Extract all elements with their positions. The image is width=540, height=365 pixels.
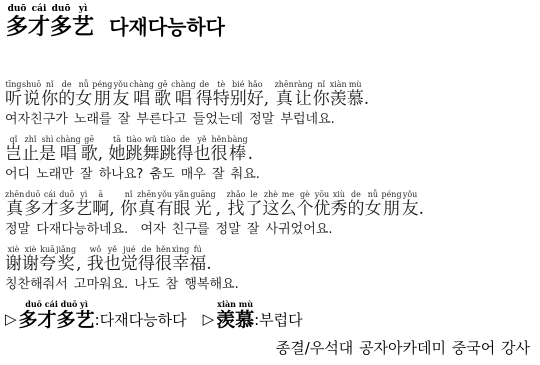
hanzi-with-pinyin: yě也: [104, 245, 121, 275]
hanzi-text: 止: [22, 144, 39, 165]
hanzi-with-pinyin: xiàn羡: [330, 80, 347, 110]
punctuation: ,: [76, 245, 87, 275]
dialogue-line: qǐ岂zhǐ止shì是chàng唱gē歌, tā她tiào跳wǔ舞tiào跳de…: [5, 135, 534, 183]
hanzi-with-pinyin: de得: [138, 245, 155, 275]
hanzi-with-pinyin: cái才: [41, 190, 58, 220]
hanzi-text: 真: [5, 199, 24, 220]
pinyin-annotation: tè: [213, 80, 230, 89]
worksheet-page: duō多cái才duō多yì艺다재다능하다 tīng听shuō说nǐ你de的nǚ…: [0, 0, 540, 357]
hanzi-with-pinyin: gè个: [296, 190, 313, 220]
hanzi-text: 优: [313, 199, 330, 220]
hanzi-text: 朋: [381, 199, 401, 220]
pinyin-annotation: zhǐ: [22, 135, 39, 144]
hanzi-with-pinyin: nǐ你: [120, 190, 137, 220]
vocab-korean-meaning: :다재다능하다: [95, 309, 187, 331]
hanzi-text: 跳: [160, 144, 177, 165]
hanzi-with-pinyin: nǐ你: [313, 80, 330, 110]
hanzi-with-pinyin: jué觉: [121, 245, 138, 275]
hanzi-text: 秀: [330, 199, 347, 220]
korean-translation: 정말 다재다능하네요. 여자 친구를 정말 잘 사귀었어요.: [5, 222, 534, 238]
pinyin-annotation: tiào: [160, 135, 177, 144]
korean-translation: 어디 노래만 잘 하나요? 춤도 매우 잘 춰요.: [5, 167, 534, 183]
hanzi-with-pinyin: yōu优: [313, 190, 330, 220]
hanzi-text: 夸: [39, 254, 56, 275]
pinyin-annotation: tiào: [126, 135, 143, 144]
hanzi-with-pinyin: hǎo好: [247, 80, 264, 110]
punctuation: ,: [109, 190, 120, 220]
vocab-item: ▷duō cái duō yì多才多艺:다재다능하다: [5, 312, 187, 331]
dialogue-line: xiè谢xiè谢kuā夸jiǎng奖, wǒ我yě也jué觉de得hěn很xìn…: [5, 245, 534, 293]
hanzi-text: 奖: [56, 254, 76, 275]
pinyin-annotation: xiè: [5, 245, 22, 254]
pinyin-annotation: [109, 190, 120, 199]
pinyin-annotation: yě: [194, 135, 211, 144]
pinyin-annotation: de: [196, 80, 213, 89]
hanzi-text: 你: [313, 89, 330, 110]
hanzi-text: 个: [296, 199, 313, 220]
hanzi-text: .: [419, 199, 424, 220]
hanzi-with-pinyin: le了: [245, 190, 262, 220]
pinyin-annotation: yǒu: [156, 190, 173, 199]
pinyin-annotation: mù: [347, 80, 364, 89]
hanzi-with-pinyin: yì艺: [72, 4, 94, 40]
korean-translation: 여자친구가 노래를 잘 부른다고 들었는데 정말 부럽네요.: [5, 112, 534, 128]
hanzi-text: 福: [189, 254, 206, 275]
hanzi-text: 很: [211, 144, 228, 165]
hanzi-text: 眼: [173, 199, 190, 220]
hanzi-with-pinyin: nǚ女: [364, 190, 381, 220]
hanzi-text: 多: [50, 14, 72, 40]
hanzi-with-pinyin: duō多: [50, 4, 72, 40]
hanzi-text: 是: [39, 144, 56, 165]
pinyin-annotation: yōu: [313, 190, 330, 199]
hanzi-text: 歌: [154, 89, 171, 110]
hanzi-text: 她: [109, 144, 126, 165]
hanzi-text: 别: [230, 89, 247, 110]
hanzi-text: 友: [402, 199, 419, 220]
hanzi-text: 友: [112, 89, 129, 110]
hanzi-text: 也: [104, 254, 121, 275]
hanzi-text: 得: [177, 144, 194, 165]
hanzi-text: 听: [5, 89, 22, 110]
hanzi-text: 女: [75, 89, 92, 110]
hanzi-with-pinyin: zhēn真: [5, 190, 24, 220]
hanzi-with-pinyin: me么: [279, 190, 296, 220]
pinyin-annotation: péng: [381, 190, 401, 199]
pinyin-annotation: fú: [189, 245, 206, 254]
hanzi-with-pinyin: duō cái duō yì多才多艺: [19, 300, 95, 331]
hanzi-text: 也: [194, 144, 211, 165]
chinese-sentence: tīng听shuō说nǐ你de的nǚ女péng朋yǒu友chàng唱gē歌chà…: [5, 80, 534, 110]
hanzi-with-pinyin: yǒu友: [402, 190, 419, 220]
hanzi-with-pinyin: kuā夸: [39, 245, 56, 275]
pinyin-annotation: xiù: [330, 190, 347, 199]
pinyin-annotation: zhè: [262, 190, 279, 199]
hanzi-text: .: [364, 89, 369, 110]
pinyin-annotation: nǐ: [41, 80, 58, 89]
hanzi-text: 谢: [22, 254, 39, 275]
hanzi-text: 才: [28, 14, 50, 40]
hanzi-with-pinyin: yě也: [194, 135, 211, 165]
hanzi-with-pinyin: bié别: [230, 80, 247, 110]
credit-line: 종결/우석대 공자아카데미 중국어 강사: [5, 339, 534, 357]
hanzi-text: 有: [156, 199, 173, 220]
pinyin-annotation: chàng: [129, 80, 154, 89]
hanzi-with-pinyin: tīng听: [5, 80, 22, 110]
pinyin-annotation: [264, 80, 275, 89]
pinyin-annotation: hěn: [211, 135, 228, 144]
hanzi-with-pinyin: hěn很: [155, 245, 172, 275]
pinyin-annotation: hěn: [155, 245, 172, 254]
pinyin-annotation: chàng: [56, 135, 81, 144]
dialogue-line: tīng听shuō说nǐ你de的nǚ女péng朋yǒu友chàng唱gē歌chà…: [5, 80, 534, 128]
pinyin-annotation: xìng: [172, 245, 189, 254]
hanzi-text: ,: [109, 199, 120, 220]
pinyin-annotation: [76, 245, 87, 254]
hanzi-with-pinyin: gē歌: [81, 135, 98, 165]
vocab-korean-meaning: :부럽다: [254, 309, 303, 331]
pinyin-annotation: duō: [58, 190, 75, 199]
triangle-bullet-icon: ▷: [5, 308, 17, 331]
chinese-sentence: zhēn真duō多cái才duō多yì艺ā啊, nǐ你zhēn真yǒu有yǎn眼…: [5, 190, 534, 220]
punctuation: .: [206, 245, 211, 275]
hanzi-with-pinyin: qǐ岂: [5, 135, 22, 165]
pinyin-annotation: me: [279, 190, 296, 199]
hanzi-with-pinyin: nǚ女: [75, 80, 92, 110]
pinyin-annotation: xiàn: [330, 80, 347, 89]
hanzi-with-pinyin: tā她: [109, 135, 126, 165]
hanzi-with-pinyin: yǎn眼: [173, 190, 190, 220]
hanzi-with-pinyin: zhè这: [262, 190, 279, 220]
hanzi-with-pinyin: xiàn mù羡慕: [216, 300, 254, 331]
vocab-section: ▷duō cái duō yì多才多艺:다재다능하다▷xiàn mù羡慕:부럽다: [5, 300, 534, 331]
pinyin-annotation: [206, 245, 211, 254]
pinyin-annotation: [216, 190, 227, 199]
hanzi-text: 让: [294, 89, 313, 110]
hanzi-with-pinyin: yǒu有: [156, 190, 173, 220]
hanzi-with-pinyin: ā啊: [92, 190, 109, 220]
pinyin-annotation: zhǎo: [226, 190, 245, 199]
hanzi-with-pinyin: péng朋: [381, 190, 401, 220]
hanzi-with-pinyin: hěn很: [211, 135, 228, 165]
pinyin-annotation: shì: [39, 135, 56, 144]
hanzi-text: 跳: [126, 144, 143, 165]
page-title: duō多cái才duō多yì艺다재다능하다: [6, 4, 534, 40]
hanzi-text: 女: [364, 199, 381, 220]
hanzi-with-pinyin: zhēn真: [137, 190, 156, 220]
hanzi-with-pinyin: shì是: [39, 135, 56, 165]
pinyin-annotation: yǒu: [112, 80, 129, 89]
pinyin-annotation: yì: [72, 4, 94, 14]
hanzi-text: ,: [98, 144, 109, 165]
hanzi-text: 得: [196, 89, 213, 110]
hanzi-text: 多: [58, 199, 75, 220]
pinyin-annotation: zhēn: [5, 190, 24, 199]
hanzi-with-pinyin: zhēn真: [275, 80, 294, 110]
hanzi-text: 特: [213, 89, 230, 110]
hanzi-with-pinyin: duō多: [58, 190, 75, 220]
hanzi-text: 唱: [129, 89, 154, 110]
title-hanzi-with-pinyin: duō多cái才duō多yì艺: [6, 21, 94, 40]
pinyin-annotation: zhēn: [137, 190, 156, 199]
hanzi-text: 岂: [5, 144, 22, 165]
pinyin-annotation: duō cái duō yì: [19, 300, 95, 309]
hanzi-text: 很: [155, 254, 172, 275]
hanzi-text: 棒: [228, 144, 248, 165]
hanzi-text: 找: [226, 199, 245, 220]
hanzi-text: 啊: [92, 199, 109, 220]
hanzi-with-pinyin: zhǐ止: [22, 135, 39, 165]
pinyin-annotation: [248, 135, 253, 144]
hanzi-with-pinyin: xiù秀: [330, 190, 347, 220]
chinese-sentence: qǐ岂zhǐ止shì是chàng唱gē歌, tā她tiào跳wǔ舞tiào跳de…: [5, 135, 534, 165]
hanzi-with-pinyin: cái才: [28, 4, 50, 40]
hanzi-text: 慕: [347, 89, 364, 110]
pinyin-annotation: yǎn: [173, 190, 190, 199]
hanzi-text: 得: [138, 254, 155, 275]
pinyin-annotation: cái: [41, 190, 58, 199]
chinese-sentence: xiè谢xiè谢kuā夸jiǎng奖, wǒ我yě也jué觉de得hěn很xìn…: [5, 245, 534, 275]
hanzi-with-pinyin: fú福: [189, 245, 206, 275]
pinyin-annotation: ràng: [294, 80, 313, 89]
hanzi-with-pinyin: bàng棒: [228, 135, 248, 165]
pinyin-annotation: wǒ: [87, 245, 104, 254]
pinyin-annotation: bàng: [228, 135, 248, 144]
pinyin-annotation: nǐ: [313, 80, 330, 89]
pinyin-annotation: nǐ: [120, 190, 137, 199]
hanzi-text: 我: [87, 254, 104, 275]
hanzi-with-pinyin: tè特: [213, 80, 230, 110]
hanzi-with-pinyin: péng朋: [92, 80, 112, 110]
pinyin-annotation: xiàn mù: [216, 300, 254, 309]
pinyin-annotation: cái: [28, 4, 50, 14]
hanzi-with-pinyin: xìng幸: [172, 245, 189, 275]
pinyin-annotation: zhēn: [275, 80, 294, 89]
hanzi-with-pinyin: wǒ我: [87, 245, 104, 275]
punctuation: .: [248, 135, 253, 165]
hanzi-with-pinyin: duō多: [6, 4, 28, 40]
pinyin-annotation: duō: [6, 4, 28, 14]
hanzi-with-pinyin: chàng唱: [129, 80, 154, 110]
hanzi-with-pinyin: tiào跳: [126, 135, 143, 165]
pinyin-annotation: de: [177, 135, 194, 144]
pinyin-annotation: [419, 190, 424, 199]
pinyin-annotation: le: [245, 190, 262, 199]
hanzi-with-pinyin: ràng让: [294, 80, 313, 110]
pinyin-annotation: [98, 135, 109, 144]
hanzi-with-pinyin: duō多: [24, 190, 41, 220]
hanzi-text: 觉: [121, 254, 138, 275]
hanzi-text: 的: [347, 199, 364, 220]
hanzi-text: 了: [245, 199, 262, 220]
hanzi-text: 真: [275, 89, 294, 110]
hanzi-with-pinyin: yǒu友: [112, 80, 129, 110]
hanzi-text: 好: [247, 89, 264, 110]
pinyin-annotation: duō: [50, 4, 72, 14]
pinyin-annotation: jiǎng: [56, 245, 76, 254]
hanzi-with-pinyin: de得: [196, 80, 213, 110]
pinyin-annotation: guāng: [190, 190, 215, 199]
punctuation: .: [364, 80, 369, 110]
punctuation: .: [419, 190, 424, 220]
pinyin-annotation: gē: [81, 135, 98, 144]
hanzi-with-pinyin: de得: [177, 135, 194, 165]
pinyin-annotation: shuō: [22, 80, 41, 89]
pinyin-annotation: nǚ: [75, 80, 92, 89]
punctuation: ,: [216, 190, 227, 220]
hanzi-text: 艺: [75, 199, 92, 220]
pinyin-annotation: duō: [24, 190, 41, 199]
hanzi-with-pinyin: wǔ舞: [143, 135, 160, 165]
hanzi-text: 舞: [143, 144, 160, 165]
hanzi-text: 朋: [92, 89, 112, 110]
title-korean: 다재다능하다: [109, 14, 225, 40]
hanzi-with-pinyin: de的: [347, 190, 364, 220]
pinyin-annotation: bié: [230, 80, 247, 89]
hanzi-text: ,: [216, 199, 227, 220]
pinyin-annotation: chàng: [171, 80, 196, 89]
hanzi-text: 说: [22, 89, 41, 110]
hanzi-with-pinyin: gē歌: [154, 80, 171, 110]
pinyin-annotation: gē: [154, 80, 171, 89]
hanzi-text: 多: [6, 14, 28, 40]
pinyin-annotation: gè: [296, 190, 313, 199]
hanzi-with-pinyin: xiè谢: [5, 245, 22, 275]
hanzi-text: ,: [264, 89, 275, 110]
pinyin-annotation: yì: [75, 190, 92, 199]
triangle-bullet-icon: ▷: [203, 308, 215, 331]
hanzi-text: 歌: [81, 144, 98, 165]
pinyin-annotation: [364, 80, 369, 89]
hanzi-text: 羡慕: [216, 309, 254, 331]
pinyin-annotation: qǐ: [5, 135, 22, 144]
pinyin-annotation: xiè: [22, 245, 39, 254]
hanzi-text: 谢: [5, 254, 22, 275]
hanzi-text: 你: [120, 199, 137, 220]
hanzi-text: 你: [41, 89, 58, 110]
hanzi-with-pinyin: guāng光: [190, 190, 215, 220]
pinyin-annotation: tā: [109, 135, 126, 144]
hanzi-text: 多才多艺: [19, 309, 95, 331]
hanzi-with-pinyin: de的: [58, 80, 75, 110]
hanzi-text: 光: [190, 199, 215, 220]
pinyin-annotation: yě: [104, 245, 121, 254]
punctuation: ,: [98, 135, 109, 165]
pinyin-annotation: jué: [121, 245, 138, 254]
hanzi-text: 艺: [72, 14, 94, 40]
pinyin-annotation: de: [347, 190, 364, 199]
hanzi-text: .: [206, 254, 211, 275]
hanzi-text: 幸: [172, 254, 189, 275]
hanzi-with-pinyin: tiào跳: [160, 135, 177, 165]
pinyin-annotation: de: [138, 245, 155, 254]
dialogue-line: zhēn真duō多cái才duō多yì艺ā啊, nǐ你zhēn真yǒu有yǎn眼…: [5, 190, 534, 238]
hanzi-with-pinyin: shuō说: [22, 80, 41, 110]
hanzi-text: 的: [58, 89, 75, 110]
pinyin-annotation: péng: [92, 80, 112, 89]
korean-translation: 칭찬해줘서 고마워요. 나도 참 행복해요.: [5, 277, 534, 293]
hanzi-with-pinyin: mù慕: [347, 80, 364, 110]
hanzi-text: 才: [41, 199, 58, 220]
hanzi-with-pinyin: yì艺: [75, 190, 92, 220]
hanzi-with-pinyin: nǐ你: [41, 80, 58, 110]
hanzi-text: .: [248, 144, 253, 165]
hanzi-text: 这: [262, 199, 279, 220]
punctuation: ,: [264, 80, 275, 110]
pinyin-annotation: hǎo: [247, 80, 264, 89]
hanzi-with-pinyin: jiǎng奖: [56, 245, 76, 275]
hanzi-text: 唱: [56, 144, 81, 165]
pinyin-annotation: ā: [92, 190, 109, 199]
hanzi-with-pinyin: chàng唱: [56, 135, 81, 165]
hanzi-text: 真: [137, 199, 156, 220]
hanzi-text: 唱: [171, 89, 196, 110]
hanzi-with-pinyin: zhǎo找: [226, 190, 245, 220]
pinyin-annotation: de: [58, 80, 75, 89]
pinyin-annotation: wǔ: [143, 135, 160, 144]
hanzi-with-pinyin: xiè谢: [22, 245, 39, 275]
pinyin-annotation: kuā: [39, 245, 56, 254]
hanzi-text: 羡: [330, 89, 347, 110]
vocab-item: ▷xiàn mù羡慕:부럽다: [203, 312, 303, 331]
hanzi-text: 么: [279, 199, 296, 220]
pinyin-annotation: nǚ: [364, 190, 381, 199]
dialogue-section: tīng听shuō说nǐ你de的nǚ女péng朋yǒu友chàng唱gē歌chà…: [5, 80, 534, 293]
pinyin-annotation: yǒu: [402, 190, 419, 199]
pinyin-annotation: tīng: [5, 80, 22, 89]
hanzi-with-pinyin: chàng唱: [171, 80, 196, 110]
hanzi-text: 多: [24, 199, 41, 220]
hanzi-text: ,: [76, 254, 87, 275]
